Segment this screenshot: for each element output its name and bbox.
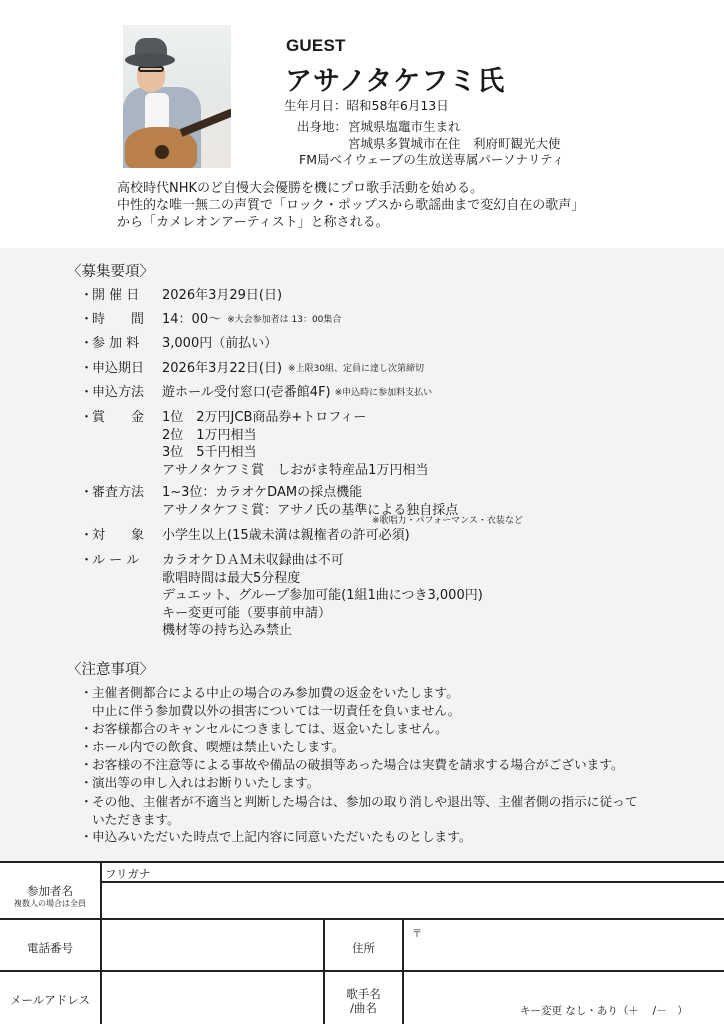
judging-line: 1~3位：カラオケDAMの採点機能: [162, 484, 458, 502]
prize-line: 3位 5千円相当: [162, 444, 428, 462]
notice-item: ・主催者側都合による中止の場合のみ参加費の返金をいたします。 中止に伴う参加費以…: [80, 684, 460, 719]
bio-line: 高校時代NHKのど自慢大会優勝を機にプロ歌手活動を始める。: [117, 180, 584, 197]
origin-line-1: 宮城県塩竈市生まれ: [348, 118, 461, 135]
req-fee: ・ 参 加 料 3,000円（前払い）: [80, 335, 277, 353]
req-target: ・ 対 象 小学生以上(15歳未満は親権者の許可必須): [80, 527, 410, 545]
req-deadline: ・ 申込期日 2026年3月22日(日) ※上限30組、定員に達し次第締切: [80, 360, 424, 379]
bio-line: 中性的な唯一無二の声質で「ロック・ポップスから歌謡曲まで変幻自在の歌声」: [117, 197, 584, 214]
notice-item: ・お客様の不注意等による事故や備品の破損等あった場合は実費を請求する場合がござい…: [80, 756, 624, 774]
key-change-option[interactable]: キー変更 なし・あり（＋ /－ ）: [520, 1003, 688, 1018]
participant-name-sublabel: 複数人の場合は全員: [0, 898, 100, 909]
song-label: 歌手名 /曲名: [325, 987, 402, 1015]
notice-item: ・お客様都合のキャンセルにつきましては、返金いたしません。: [80, 720, 448, 738]
address-input[interactable]: [406, 921, 722, 968]
rule-line: デュエット、グループ参加可能(1組1曲につき3,000円): [162, 587, 483, 605]
application-form: 参加者名 複数人の場合は全員 フリガナ 電話番号 住所 〒 メールアドレス 歌手…: [0, 861, 724, 1024]
req-date: ・ 開 催 日 2026年3月29日(日): [80, 287, 282, 305]
rule-line: 歌唱時間は最大5分程度: [162, 570, 483, 588]
prize-line: 1位 2万円JCB商品券+トロフィー: [162, 409, 428, 427]
prize-line: 2位 1万円相当: [162, 427, 428, 445]
prize-line: アサノタケフミ賞 しおがま特産品1万円相当: [162, 462, 428, 480]
address-label: 住所: [325, 940, 402, 956]
participant-name-input[interactable]: [104, 884, 722, 916]
judging-note: ※歌唱力・パフォーマンス・衣装など: [372, 513, 523, 526]
participant-name-label: 参加者名: [0, 883, 100, 899]
guest-radio: FM局ベイウェーブの生放送専属パーソナリティ: [299, 151, 564, 168]
rule-line: カラオケＤＡＭ未収録曲は不可: [162, 552, 483, 570]
req-prize: ・ 賞 金 1位 2万円JCB商品券+トロフィー 2位 1万円相当 3位 5千円…: [80, 409, 428, 479]
bio-line: から「カメレオンアーティスト」と称される。: [117, 214, 584, 231]
guest-label: GUEST: [286, 36, 346, 56]
email-label: メールアドレス: [0, 992, 100, 1008]
notice-item: ・その他、主催者が不適当と判断した場合は、参加の取り消しや退出等、主催者側の指示…: [80, 793, 638, 828]
rule-line: 機材等の持ち込み禁止: [162, 622, 483, 640]
rule-line: キー変更可能（要事前申請）: [162, 605, 483, 623]
phone-label: 電話番号: [0, 940, 100, 956]
req-method: ・ 申込方法 遊ホール受付窓口(壱番館4F) ※申込時に参加料支払い: [80, 384, 432, 403]
notice-item: ・ホール内での飲食、喫煙は禁止いたします。: [80, 738, 344, 756]
guest-photo: [123, 25, 231, 168]
notice-item: ・演出等の申し入れはお断りいたします。: [80, 774, 319, 792]
notices-title: 〈注意事項〉: [67, 658, 154, 679]
req-rules: ・ ル ー ル カラオケＤＡＭ未収録曲は不可 歌唱時間は最大5分程度 デュエット…: [80, 552, 483, 640]
phone-input[interactable]: [104, 921, 321, 968]
email-input[interactable]: [104, 973, 321, 1024]
guest-birthdate: 生年月日：昭和58年6月13日: [284, 97, 449, 114]
req-time: ・ 時 間 14：00～ ※大会参加者は 13：00集合: [80, 311, 341, 330]
requirements-title: 〈募集要項〉: [67, 260, 154, 281]
origin-label: 出身地：: [297, 118, 347, 135]
notice-item: ・申込みいただいた時点で上記内容に同意いただいたものとします。: [80, 828, 472, 846]
guest-bio: 高校時代NHKのど自慢大会優勝を機にプロ歌手活動を始める。 中性的な唯一無二の声…: [117, 180, 584, 231]
origin-line-2: 宮城県多賀城市在住 利府町観光大使: [348, 135, 561, 152]
furigana-input[interactable]: [180, 865, 720, 880]
furigana-label: フリガナ: [105, 866, 150, 882]
guest-name: アサノタケフミ氏: [285, 59, 505, 98]
